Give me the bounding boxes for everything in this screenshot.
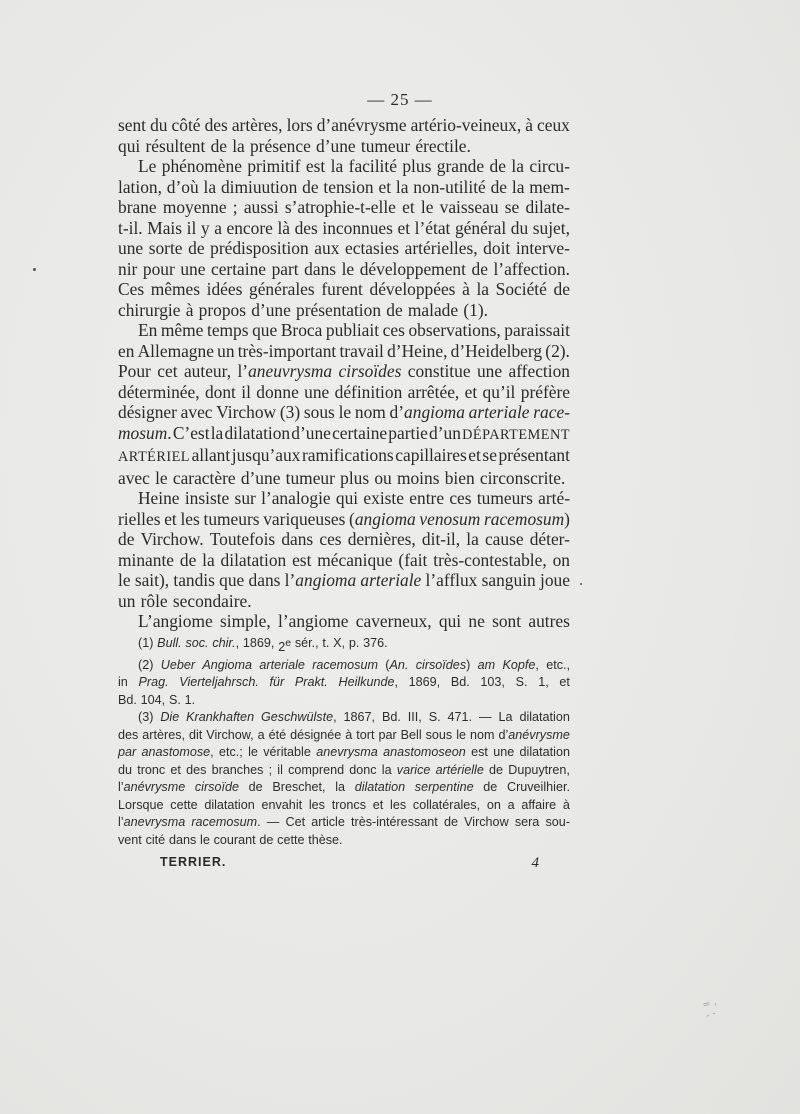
ink-smudge: ≈ ,- - bbox=[701, 991, 739, 1029]
scanned-page: — 25 — sentducôtédesartères,lorsd’anévry… bbox=[0, 0, 800, 1114]
footnote-line: (3)DieKrankhaftenGeschwülste,1867,Bd.III… bbox=[118, 709, 570, 727]
text-line: nirpourunecertainepartdansledéveloppemen… bbox=[118, 259, 570, 280]
text-line: t-il.Maisilyaencorelàdesinconnuesetl’éta… bbox=[118, 218, 570, 239]
text-line: Heineinsistesurl’analogiequiexisteentrec… bbox=[118, 488, 570, 509]
text-line: ARTÉRIELallantjusqu’auxramificationscapi… bbox=[118, 445, 570, 468]
text-line: déterminée,dontildonneunedéfinitionarrêt… bbox=[118, 382, 570, 403]
text-line: sentducôtédesartères,lorsd’anévrysmearté… bbox=[118, 115, 570, 136]
sheet-number: 4 bbox=[532, 855, 541, 872]
text-line: mosum.C’estladilatationd’unecertainepart… bbox=[118, 423, 570, 446]
text-line: L’angiomesimple,l’angiomecaverneux,quine… bbox=[118, 611, 570, 632]
signature-line: TERRIER. 4 bbox=[160, 855, 540, 872]
main-text: sentducôtédesartères,lorsd’anévrysmearté… bbox=[118, 115, 570, 632]
text-line: minantedeladilatationestmécanique(faittr… bbox=[118, 550, 570, 571]
text-line: aveclecaractèred’unetumeurplusoumoinsbie… bbox=[118, 468, 570, 489]
text-line: Cesmêmesidéesgénéralesfurentdéveloppéesà… bbox=[118, 279, 570, 300]
text-line: désigneravecVirchow(3)souslenomd’angioma… bbox=[118, 402, 570, 423]
footnote-line: dutroncetdesbranches;ilcomprenddonclavar… bbox=[118, 762, 570, 780]
footnotes: (1)Bull.soc.chir.,1869,2esér.,t.X,p.376.… bbox=[118, 635, 570, 849]
footnote-line: paranastomose,etc.;levéritableanevrysmaa… bbox=[118, 744, 570, 762]
text-line: Pourcetauteur,l’aneuvrysmacirsoïdesconst… bbox=[118, 361, 570, 382]
footnote-line: l’anevrysmaracemosum.—Cetarticletrès-int… bbox=[118, 814, 570, 832]
text-line: EnmêmetempsqueBrocapubliaitcesobservatio… bbox=[118, 320, 570, 341]
footnote-line: (1)Bull.soc.chir.,1869,2esér.,t.X,p.376. bbox=[118, 635, 570, 657]
text-line: unrôlesecondaire. bbox=[118, 591, 570, 612]
footnote-line: Bd.104,S.1. bbox=[118, 692, 570, 710]
text-line: riellesetlestumeursvariqueuses(angiomave… bbox=[118, 509, 570, 530]
footnote-line: (2)UeberAngiomaarterialeracemosum(An.cir… bbox=[118, 657, 570, 675]
footnote-line: l’anévrysmecirsoïdedeBreschet,ladilatati… bbox=[118, 779, 570, 797]
page-number: — 25 — bbox=[0, 90, 800, 110]
footnote-line: desartères,ditVirchow,aétédésignéeàtortp… bbox=[118, 727, 570, 745]
text-line: lesait),tandisquedansl’angiomaarterialel… bbox=[118, 570, 570, 591]
ink-speck bbox=[33, 268, 36, 271]
footnote-line: ventcitédanslecourantdecettethèse. bbox=[118, 832, 570, 850]
footnote-line: Lorsquecettedilatationenvahitlestroncset… bbox=[118, 797, 570, 815]
text-line: enAllemagneuntrès-importanttravaild’Hein… bbox=[118, 341, 570, 362]
text-line: unesortedeprédispositionauxectasiesartér… bbox=[118, 238, 570, 259]
footnote-line: inPrag.Vierteljahrsch.fürPrakt.Heilkunde… bbox=[118, 674, 570, 692]
text-line: lation,d’oùladimiuutiondetensionetlanon-… bbox=[118, 177, 570, 198]
text-line: branemoyenne;aussis’atrophie-t-elleetlev… bbox=[118, 197, 570, 218]
text-line: chirurgieàproposd’uneprésentationdemalad… bbox=[118, 300, 570, 321]
text-line: quirésultentdelaprésenced’unetumeurérect… bbox=[118, 136, 570, 157]
author-signature: TERRIER. bbox=[160, 855, 226, 872]
text-line: Lephénomèneprimitifestlafacilitéplusgran… bbox=[118, 156, 570, 177]
ink-speck bbox=[580, 583, 582, 585]
text-line: deVirchow.Toutefoisdanscesdernières,dit-… bbox=[118, 529, 570, 550]
